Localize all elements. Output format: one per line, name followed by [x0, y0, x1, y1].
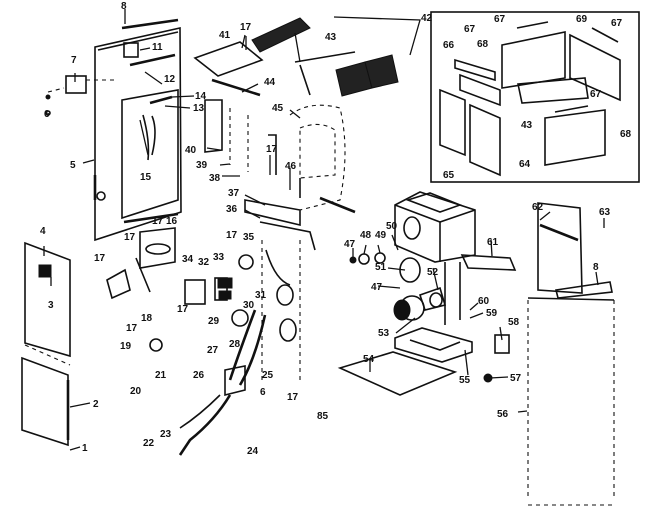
callout-1: 1	[82, 443, 88, 454]
callout-61: 61	[487, 237, 499, 248]
cabinet-frame	[195, 42, 355, 380]
callout-8-right: 8	[593, 262, 599, 273]
callout-9: 11	[152, 42, 163, 53]
callout-40: 40	[185, 145, 197, 156]
callout-17-door: 17	[152, 216, 164, 227]
callout-47-top: 47	[344, 239, 356, 250]
callout-62: 62	[532, 202, 544, 213]
inset-callout-64: 64	[519, 159, 531, 170]
callout-45: 45	[272, 103, 284, 114]
callout-52: 52	[427, 267, 439, 278]
callout-6-bottom: 6	[260, 387, 266, 398]
inset-callout-66: 66	[443, 40, 455, 51]
callout-12: 14	[195, 91, 207, 102]
callout-13: 15	[140, 172, 152, 183]
callout-17-bottom: 17	[287, 392, 299, 403]
callout-22: 22	[143, 438, 155, 449]
callout-33: 33	[213, 252, 225, 263]
callout-7: 7	[71, 55, 77, 66]
side-panels	[528, 203, 614, 505]
inset-callout-67b: 67	[494, 14, 506, 25]
callout-37: 37	[228, 188, 240, 199]
callout-17-left: 17	[126, 323, 138, 334]
callout-19: 19	[120, 341, 132, 352]
callout-20: 20	[130, 386, 142, 397]
callout-15: 17	[124, 232, 136, 243]
inset-callout-65: 65	[443, 170, 455, 181]
inset-callout-68b: 68	[620, 129, 632, 140]
callout-16: 17	[94, 253, 106, 264]
callout-60: 60	[478, 296, 490, 307]
callout-63: 63	[599, 207, 611, 218]
callout-31: 31	[255, 290, 267, 301]
callout-48: 48	[360, 230, 372, 241]
inset-callout-67c: 67	[611, 18, 623, 29]
inset-callout-68a: 68	[477, 39, 489, 50]
callout-17-frame: 17	[266, 144, 278, 155]
callout-44: 44	[264, 77, 276, 88]
callout-3: 3	[48, 300, 54, 311]
callout-17-ctl: 17	[226, 230, 238, 241]
callout-18: 18	[141, 313, 153, 324]
callout-46: 46	[285, 161, 297, 172]
callout-58: 58	[508, 317, 520, 328]
callout-34: 34	[182, 254, 194, 265]
callout-38: 38	[209, 173, 221, 184]
callout-35: 35	[243, 232, 255, 243]
callout-27: 27	[207, 345, 219, 356]
callout-26: 26	[193, 370, 205, 381]
callout-8: 8	[121, 1, 127, 12]
callout-55: 55	[459, 375, 471, 386]
inset-callout-67a: 67	[464, 24, 476, 35]
callout-25: 25	[262, 370, 274, 381]
inset-callout-69: 69	[576, 14, 588, 25]
callout-41: 41	[219, 30, 231, 41]
callout-17-mid: 17	[177, 304, 189, 315]
callout-43: 43	[325, 32, 337, 43]
callout-5: 5	[70, 160, 76, 171]
callout-54: 54	[363, 354, 375, 365]
lower-door-panels	[22, 243, 70, 445]
callout-50: 50	[386, 221, 398, 232]
callout-11: 13	[193, 103, 205, 114]
inset-callout-43: 43	[521, 120, 533, 131]
callout-2: 2	[93, 399, 99, 410]
callout-42: 42	[421, 13, 433, 24]
callout-23: 23	[160, 429, 172, 440]
callout-30: 30	[243, 300, 255, 311]
callout-21: 21	[155, 370, 167, 381]
callout-47-mid: 47	[371, 282, 383, 293]
callout-56: 56	[497, 409, 509, 420]
callout-51: 51	[375, 262, 387, 273]
callout-10: 12	[164, 74, 176, 85]
inset-liner-kit	[431, 12, 639, 182]
callout-36: 36	[226, 204, 238, 215]
callout-6-top: 6	[44, 109, 50, 120]
callout-53: 53	[378, 328, 390, 339]
callout-29: 29	[208, 316, 220, 327]
callout-17-top: 17	[240, 22, 252, 33]
callout-49: 49	[375, 230, 387, 241]
model-mark: 85	[317, 411, 329, 422]
upper-door-panel	[46, 20, 181, 240]
callout-39: 39	[196, 160, 208, 171]
callout-28: 28	[229, 339, 241, 350]
inset-callout-67d: 67	[590, 89, 602, 100]
callout-4: 4	[40, 226, 46, 237]
parts-diagram: 8 11 12 14 13 15 5 7 6 4 3 2 1 17 16 17 …	[0, 0, 656, 516]
callout-24: 24	[247, 446, 259, 457]
callout-32: 32	[198, 257, 210, 268]
callout-57: 57	[510, 373, 522, 384]
callout-59: 59	[486, 308, 498, 319]
callout-14: 16	[166, 216, 178, 227]
